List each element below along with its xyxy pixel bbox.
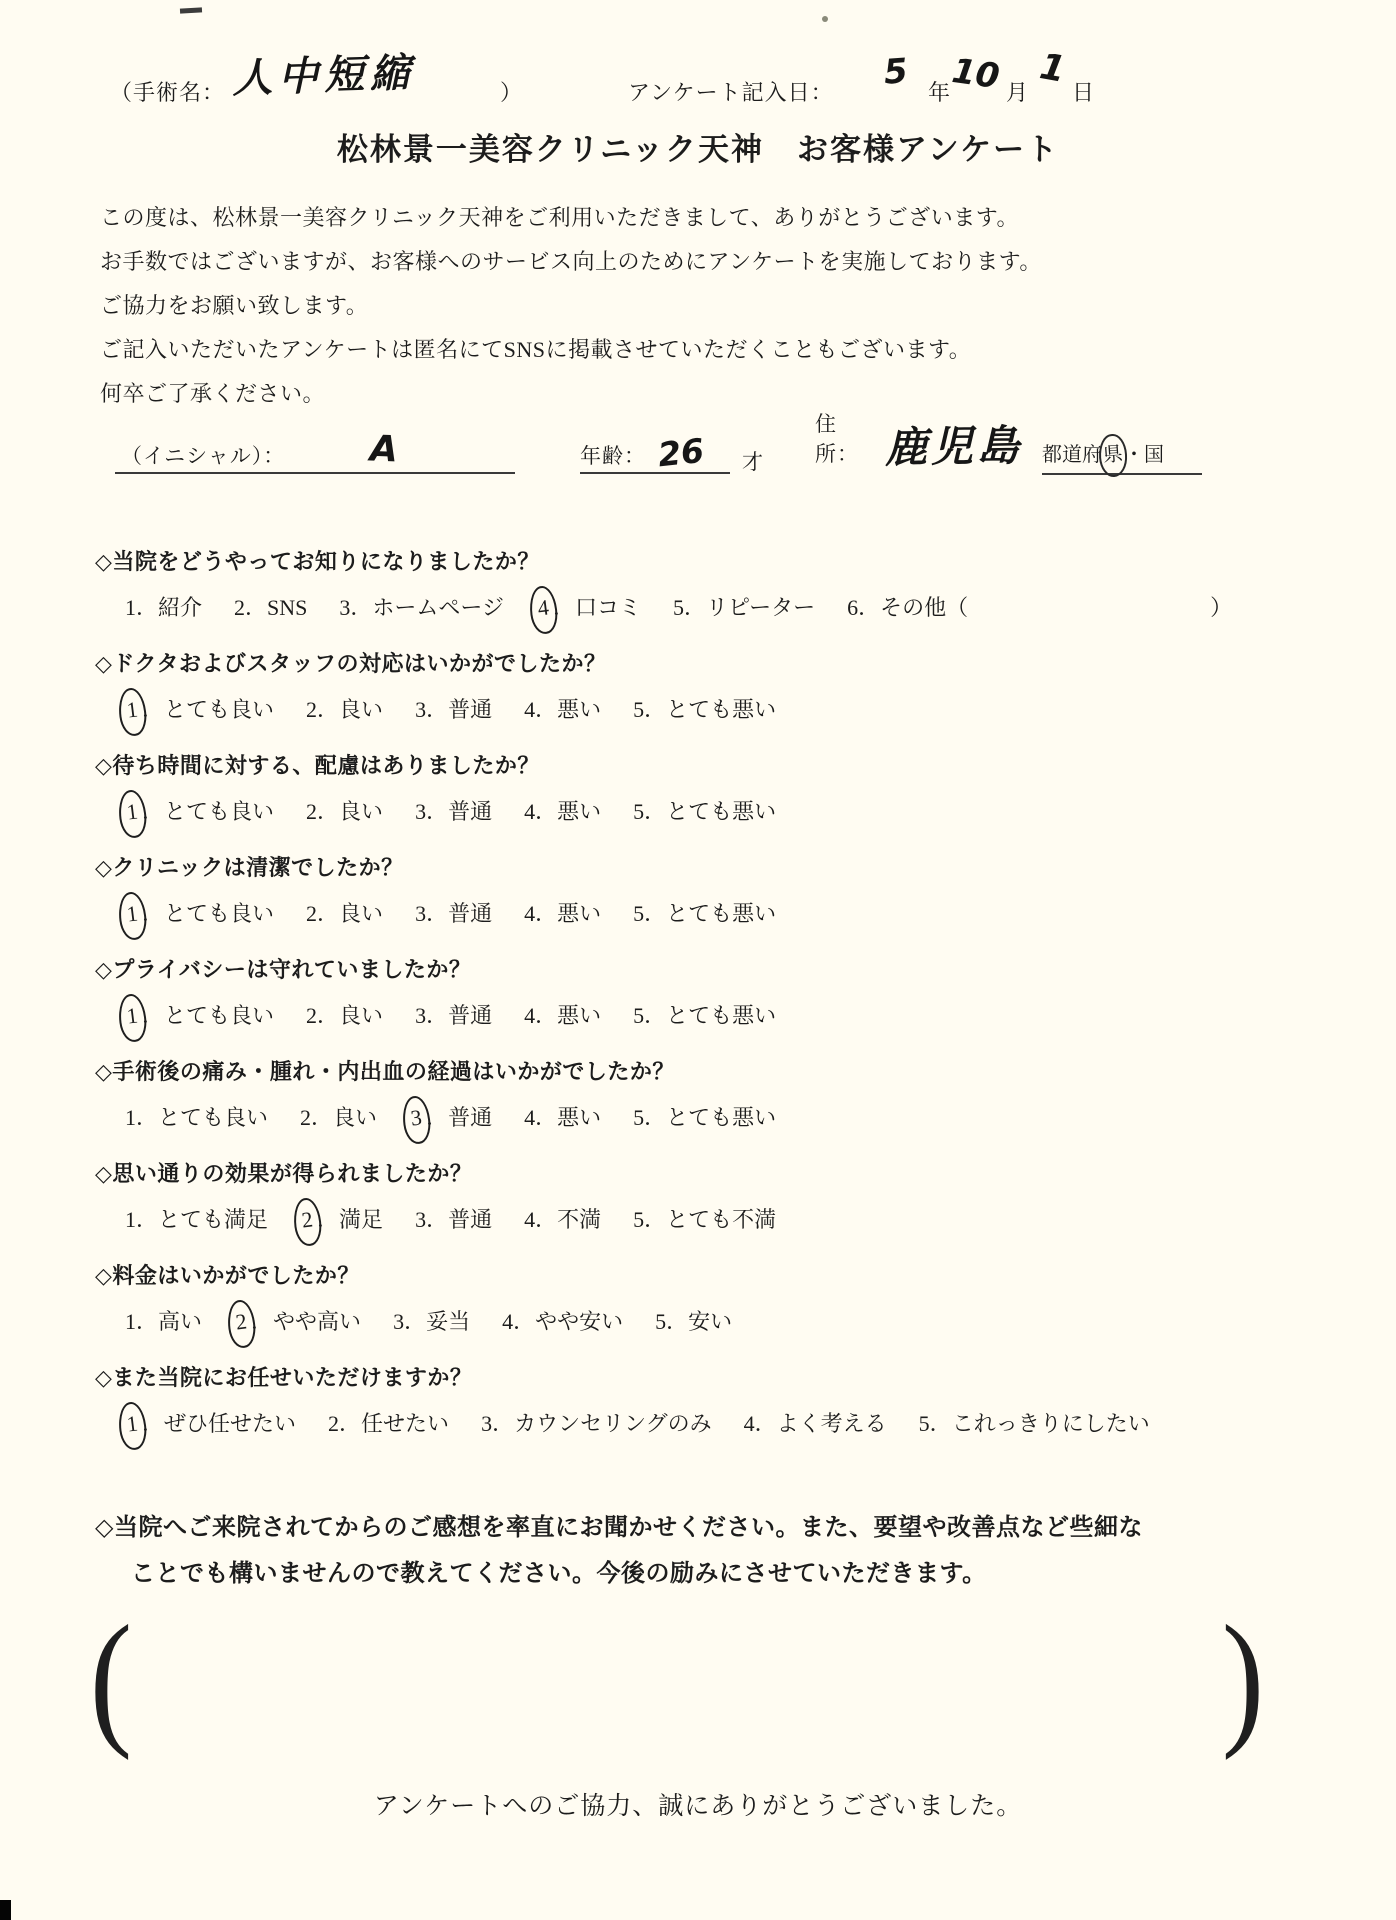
option-label: とても良い	[164, 1003, 274, 1028]
date-year-handwritten-value: 5	[883, 51, 909, 93]
initial-handwritten-value: A	[369, 429, 398, 471]
option-separator: ．	[339, 1411, 361, 1436]
option-label: とても不満	[666, 1207, 776, 1232]
option-separator: ．	[858, 595, 880, 620]
option-number: 4	[524, 1101, 535, 1135]
free-comment-box: ( )	[0, 1596, 1396, 1766]
option-label: やや安い	[535, 1309, 623, 1334]
answer-option: 3．妥当	[393, 1309, 470, 1334]
answer-option: 4．悪い	[524, 799, 601, 824]
option-number: 5	[633, 693, 644, 727]
free-comment-prompt-line: ◇当院へご来院されてからのご感想を率直にお聞かせください。また、要望や改善点など…	[95, 1505, 1355, 1551]
option-separator: ．	[535, 901, 557, 926]
selected-option-circle-mark: 1	[116, 993, 149, 1044]
address-handwritten-value: 鹿児島	[884, 413, 1023, 475]
answer-options-row: 1．とても満足2．満足3．普通4．不満5．とても不満	[125, 1203, 1355, 1237]
option-number: 5	[673, 591, 684, 625]
question-block: ◇また当院にお任せいただけますか？ 1．ぜひ任せたい2．任せたい3．カウンセリン…	[95, 1361, 1355, 1441]
question-block: ◇ドクタおよびスタッフの対応はいかがでしたか？ 1．とても良い2．良い3．普通4…	[95, 647, 1355, 727]
option-number: 3	[415, 795, 426, 829]
option-separator: ．	[666, 1309, 688, 1334]
option-number: 5	[633, 795, 644, 829]
question-block: ◇待ち時間に対する、配慮はありましたか？ 1．とても良い2．良い3．普通4．悪い…	[95, 749, 1355, 829]
option-number: 2	[234, 591, 245, 625]
surgery-name-close-paren: ）	[500, 76, 523, 107]
option-label: 悪い	[557, 1105, 601, 1130]
option-label: 普通	[448, 1105, 492, 1130]
month-unit-label: 月	[1006, 76, 1029, 107]
option-label: とても悪い	[666, 1003, 776, 1028]
option-separator: ．	[535, 1003, 557, 1028]
intro-line: 何卒ご了承ください。	[100, 372, 1340, 416]
option-number: 2	[306, 999, 317, 1033]
date-month-handwritten-value: 10	[949, 51, 1001, 97]
option-separator: ．	[317, 799, 339, 824]
option-number: 6	[847, 591, 858, 625]
option-separator: ．	[426, 901, 448, 926]
selected-option-circle-mark: 1	[116, 1401, 149, 1452]
answer-option: 2．良い	[306, 799, 383, 824]
answer-option: 3．ホームページ	[339, 595, 504, 620]
answer-option: 3．普通	[415, 901, 492, 926]
option-label: 満足	[339, 1207, 383, 1232]
option-label: 不満	[557, 1207, 601, 1232]
option-label: 良い	[339, 799, 383, 824]
option-separator: ．	[426, 1003, 448, 1028]
option-number: 2	[328, 1407, 339, 1441]
option-number: 4	[524, 693, 535, 727]
answer-option: 4．悪い	[524, 1105, 601, 1130]
free-comment-prompt-line: ことでも構いませんので教えてください。今後の励みにさせていただきます。	[131, 1551, 1355, 1597]
answer-option: 4．口コミ	[536, 595, 641, 620]
option-separator: ．	[513, 1309, 535, 1334]
option-label: カウンセリングのみ	[514, 1411, 712, 1436]
option-label: とても良い	[164, 799, 274, 824]
selected-option-circle-mark: 1	[116, 891, 149, 942]
option-number: 1	[125, 1203, 136, 1237]
scan-artifact	[0, 1900, 11, 1920]
option-separator: ．	[136, 595, 158, 620]
option-number: 3	[393, 1305, 404, 1339]
option-number: 5	[633, 1203, 644, 1237]
option-label: とても悪い	[666, 1105, 776, 1130]
option-number: 5	[633, 1101, 644, 1135]
question-prompt: ◇また当院にお任せいただけますか？	[95, 1361, 1355, 1395]
option-label: とても悪い	[666, 901, 776, 926]
option-label: 普通	[448, 1003, 492, 1028]
answer-option: 1．とても良い	[125, 697, 274, 722]
answer-option: 5．とても悪い	[633, 799, 776, 824]
answer-option: 2．満足	[300, 1207, 383, 1232]
answer-option: 6．その他（ ）	[847, 595, 1232, 620]
age-unit-label: 才	[742, 446, 763, 476]
answer-options-row: 1．とても良い2．良い3．普通4．悪い5．とても悪い	[125, 1101, 1355, 1135]
comment-box-right-bracket: )	[1222, 1596, 1264, 1761]
answer-option: 5．とても悪い	[633, 901, 776, 926]
question-block: ◇思い通りの効果が得られましたか？ 1．とても満足2．満足3．普通4．不満5．と…	[95, 1157, 1355, 1237]
answer-option: 2．良い	[306, 1003, 383, 1028]
option-number: 3	[415, 897, 426, 931]
answer-option: 1．とても良い	[125, 1003, 274, 1028]
answer-option: 1．紹介	[125, 595, 202, 620]
respondent-profile-row: （イニシャル）： A 年齢： 26 才 住所： 鹿児島 都道府県・国	[0, 420, 1396, 480]
option-separator: ．	[245, 595, 267, 620]
question-block: ◇プライバシーは守れていましたか？ 1．とても良い2．良い3．普通4．悪い5．と…	[95, 953, 1355, 1033]
question-prompt: ◇クリニックは清潔でしたか？	[95, 851, 1355, 885]
intro-line: ご記入いただいたアンケートは匿名にてSNSに掲載させていただくこともございます。	[100, 328, 1340, 372]
selected-option-circle-mark: 2	[225, 1299, 258, 1350]
selected-option-circle-mark: 4	[527, 585, 560, 636]
answer-option: 1．とても良い	[125, 799, 274, 824]
option-label: 高い	[158, 1309, 202, 1334]
thank-you-text: アンケートへのご協力、誠にありがとうございました。	[0, 1786, 1396, 1822]
option-label: とても満足	[158, 1207, 268, 1232]
age-label: 年齢：	[580, 440, 646, 470]
selected-option-circle-mark: 3	[400, 1095, 433, 1146]
answer-options-row: 1．とても良い2．良い3．普通4．悪い5．とても悪い	[125, 795, 1355, 829]
option-separator: ．	[317, 1003, 339, 1028]
option-label: 悪い	[557, 901, 601, 926]
question-prompt: ◇当院をどうやってお知りになりましたか？	[95, 545, 1355, 579]
option-separator: ．	[535, 799, 557, 824]
free-comment-prompt: ◇当院へご来院されてからのご感想を率直にお聞かせください。また、要望や改善点など…	[95, 1505, 1355, 1597]
question-prompt: ◇思い通りの効果が得られましたか？	[95, 1157, 1355, 1191]
option-separator: ．	[644, 1003, 666, 1028]
option-separator: ．	[136, 1309, 158, 1334]
option-number: 1	[125, 591, 136, 625]
option-label: 良い	[333, 1105, 377, 1130]
answer-option: 2．SNS	[234, 595, 307, 620]
option-label: 普通	[448, 901, 492, 926]
option-separator: ．	[684, 595, 706, 620]
answer-option: 2．やや高い	[234, 1309, 361, 1334]
option-label: 妥当	[426, 1309, 470, 1334]
selected-option-circle-mark: 1	[116, 789, 149, 840]
survey-form-page: （手術名： 人中短縮 ） アンケート記入日： 5 年 10 月 1 日 松林景一…	[0, 0, 1396, 1920]
option-separator: ．	[644, 1207, 666, 1232]
answer-option: 5．とても悪い	[633, 1105, 776, 1130]
date-day-handwritten-value: 1	[1037, 46, 1069, 91]
option-number: 4	[524, 1203, 535, 1237]
option-number: 5	[633, 999, 644, 1033]
intro-paragraph: この度は、松林景一美容クリニック天神をご利用いただきまして、ありがとうございます…	[100, 196, 1340, 416]
survey-date-label: アンケート記入日：	[628, 76, 834, 107]
answer-option: 1．高い	[125, 1309, 202, 1334]
answer-options-row: 1．とても良い2．良い3．普通4．悪い5．とても悪い	[125, 999, 1355, 1033]
option-label: とても良い	[158, 1105, 268, 1130]
option-separator: ．	[644, 799, 666, 824]
answer-option: 3．カウンセリングのみ	[481, 1411, 712, 1436]
option-separator: ．	[426, 799, 448, 824]
answer-option: 4．悪い	[524, 1003, 601, 1028]
option-label: よく考える	[777, 1411, 887, 1436]
option-label: リピーター	[706, 595, 815, 620]
initial-field: （イニシャル）： A	[115, 428, 515, 474]
option-label: 悪い	[557, 697, 601, 722]
answer-option: 5．これっきりにしたい	[919, 1411, 1150, 1436]
selected-option-circle-mark: 1	[116, 687, 149, 738]
option-label: やや高い	[273, 1309, 361, 1334]
initial-label: （イニシャル）：	[121, 440, 285, 470]
age-handwritten-value: 26	[656, 431, 706, 475]
option-label: 任せたい	[361, 1411, 449, 1436]
answer-option: 4．やや安い	[502, 1309, 623, 1334]
answer-options-row: 1．ぜひ任せたい2．任せたい3．カウンセリングのみ4．よく考える5．これっきりに…	[125, 1407, 1355, 1441]
option-number: 2	[306, 693, 317, 727]
answer-option: 3．普通	[415, 799, 492, 824]
answer-option: 1．とても満足	[125, 1207, 268, 1232]
address-label: 住所：	[815, 408, 859, 468]
answer-option: 3．普通	[409, 1105, 492, 1130]
answer-option: 2．良い	[300, 1105, 377, 1130]
prefecture-circle-mark: 県	[1098, 433, 1129, 478]
age-field: 年齢： 26	[580, 428, 730, 474]
option-number: 2	[306, 795, 317, 829]
option-label: とても悪い	[666, 697, 776, 722]
answer-option: 5．とても悪い	[633, 697, 776, 722]
answer-option: 4．よく考える	[744, 1411, 887, 1436]
question-prompt: ◇手術後の痛み・腫れ・内出血の経過はいかがでしたか？	[95, 1055, 1355, 1089]
option-separator: ．	[644, 901, 666, 926]
question-prompt: ◇待ち時間に対する、配慮はありましたか？	[95, 749, 1355, 783]
option-label: ホームページ	[372, 595, 504, 620]
option-separator: ．	[755, 1411, 777, 1436]
option-separator: ．	[930, 1411, 952, 1436]
option-label: 普通	[448, 1207, 492, 1232]
option-separator: ．	[317, 697, 339, 722]
option-number: 4	[524, 795, 535, 829]
day-unit-label: 日	[1072, 76, 1095, 107]
option-number: 3	[339, 591, 350, 625]
option-separator: ．	[136, 1207, 158, 1232]
year-unit-label: 年	[928, 76, 951, 107]
option-label: 普通	[448, 799, 492, 824]
option-label: 悪い	[557, 799, 601, 824]
option-number: 4	[744, 1407, 755, 1441]
option-label: SNS	[267, 595, 307, 620]
intro-line: この度は、松林景一美容クリニック天神をご利用いただきまして、ありがとうございます…	[100, 196, 1340, 240]
question-block: ◇手術後の痛み・腫れ・内出血の経過はいかがでしたか？ 1．とても良い2．良い3．…	[95, 1055, 1355, 1135]
answer-options-row: 1．高い2．やや高い3．妥当4．やや安い5．安い	[125, 1305, 1355, 1339]
option-number: 3	[481, 1407, 492, 1441]
option-number: 5	[633, 897, 644, 931]
answer-option: 3．普通	[415, 1207, 492, 1232]
question-prompt: ◇料金はいかがでしたか？	[95, 1259, 1355, 1293]
answer-option: 2．良い	[306, 697, 383, 722]
option-number: 4	[524, 999, 535, 1033]
option-label: 良い	[339, 1003, 383, 1028]
option-separator: ．	[136, 1105, 158, 1130]
option-separator: ．	[535, 1207, 557, 1232]
option-separator: ．	[311, 1105, 333, 1130]
answer-option: 4．悪い	[524, 901, 601, 926]
option-label: とても良い	[164, 901, 274, 926]
option-label: 良い	[339, 697, 383, 722]
question-prompt: ◇プライバシーは守れていましたか？	[95, 953, 1355, 987]
answer-option: 5．安い	[655, 1309, 732, 1334]
answer-option: 1．とても良い	[125, 901, 274, 926]
intro-line: ご協力をお願い致します。	[100, 284, 1340, 328]
option-separator: ．	[492, 1411, 514, 1436]
surgery-name-label: （手術名：	[110, 76, 225, 107]
option-label: 安い	[688, 1309, 732, 1334]
option-separator: ．	[535, 1105, 557, 1130]
option-label: とても良い	[164, 697, 274, 722]
questions: ◇当院をどうやってお知りになりましたか？ 1．紹介2．SNS3．ホームページ4．…	[95, 545, 1355, 1463]
option-number: 1	[125, 1305, 136, 1339]
question-block: ◇料金はいかがでしたか？ 1．高い2．やや高い3．妥当4．やや安い5．安い	[95, 1259, 1355, 1339]
option-label: 口コミ	[575, 595, 641, 620]
answer-option: 2．良い	[306, 901, 383, 926]
question-block: ◇当院をどうやってお知りになりましたか？ 1．紹介2．SNS3．ホームページ4．…	[95, 545, 1355, 625]
option-separator: ．	[317, 901, 339, 926]
option-number: 1	[125, 1101, 136, 1135]
option-number: 3	[415, 693, 426, 727]
option-number: 3	[415, 1203, 426, 1237]
option-number: 5	[655, 1305, 666, 1339]
question-prompt: ◇ドクタおよびスタッフの対応はいかがでしたか？	[95, 647, 1355, 681]
option-label: 良い	[339, 901, 383, 926]
option-label: その他（ ）	[880, 595, 1232, 620]
selected-option-circle-mark: 2	[291, 1197, 324, 1248]
answer-options-row: 1．とても良い2．良い3．普通4．悪い5．とても悪い	[125, 693, 1355, 727]
answer-option: 1．とても良い	[125, 1105, 268, 1130]
option-label: ぜひ任せたい	[164, 1411, 296, 1436]
option-number: 2	[306, 897, 317, 931]
option-separator: ．	[350, 595, 372, 620]
option-number: 4	[524, 897, 535, 931]
option-label: 悪い	[557, 1003, 601, 1028]
option-separator: ．	[644, 697, 666, 722]
answer-option: 2．任せたい	[328, 1411, 449, 1436]
answer-option: 4．不満	[524, 1207, 601, 1232]
prefecture-country-suffix: 都道府県・国	[1042, 438, 1202, 475]
option-number: 5	[919, 1407, 930, 1441]
option-label: 紹介	[158, 595, 202, 620]
answer-option: 3．普通	[415, 1003, 492, 1028]
option-number: 4	[502, 1305, 513, 1339]
answer-options-row: 1．紹介2．SNS3．ホームページ4．口コミ5．リピーター6．その他（ ）	[125, 591, 1355, 625]
option-label: とても悪い	[666, 799, 776, 824]
option-label: 普通	[448, 697, 492, 722]
question-block: ◇クリニックは清潔でしたか？ 1．とても良い2．良い3．普通4．悪い5．とても悪…	[95, 851, 1355, 931]
option-number: 3	[415, 999, 426, 1033]
answer-option: 5．リピーター	[673, 595, 815, 620]
option-separator: ．	[404, 1309, 426, 1334]
answer-option: 5．とても悪い	[633, 1003, 776, 1028]
answer-option: 3．普通	[415, 697, 492, 722]
answer-option: 1．ぜひ任せたい	[125, 1411, 296, 1436]
form-title: 松林景一美容クリニック天神 お客様アンケート	[0, 124, 1396, 169]
intro-line: お手数ではございますが、お客様へのサービス向上のためにアンケートを実施しておりま…	[100, 240, 1340, 284]
surgery-name-handwritten-value: 人中短縮	[231, 41, 417, 104]
comment-box-left-bracket: (	[90, 1596, 132, 1761]
pref-suffix-text: 都道府	[1042, 444, 1102, 466]
answer-option: 5．とても不満	[633, 1207, 776, 1232]
option-label: これっきりにしたい	[952, 1411, 1150, 1436]
answer-options-row: 1．とても良い2．良い3．普通4．悪い5．とても悪い	[125, 897, 1355, 931]
option-separator: ．	[644, 1105, 666, 1130]
option-separator: ．	[426, 1207, 448, 1232]
option-number: 2	[300, 1101, 311, 1135]
option-separator: ．	[535, 697, 557, 722]
option-separator: ．	[426, 697, 448, 722]
form-header: （手術名： 人中短縮 ） アンケート記入日： 5 年 10 月 1 日	[0, 0, 1396, 130]
answer-option: 4．悪い	[524, 697, 601, 722]
pref-suffix-text: ・国	[1124, 444, 1164, 466]
